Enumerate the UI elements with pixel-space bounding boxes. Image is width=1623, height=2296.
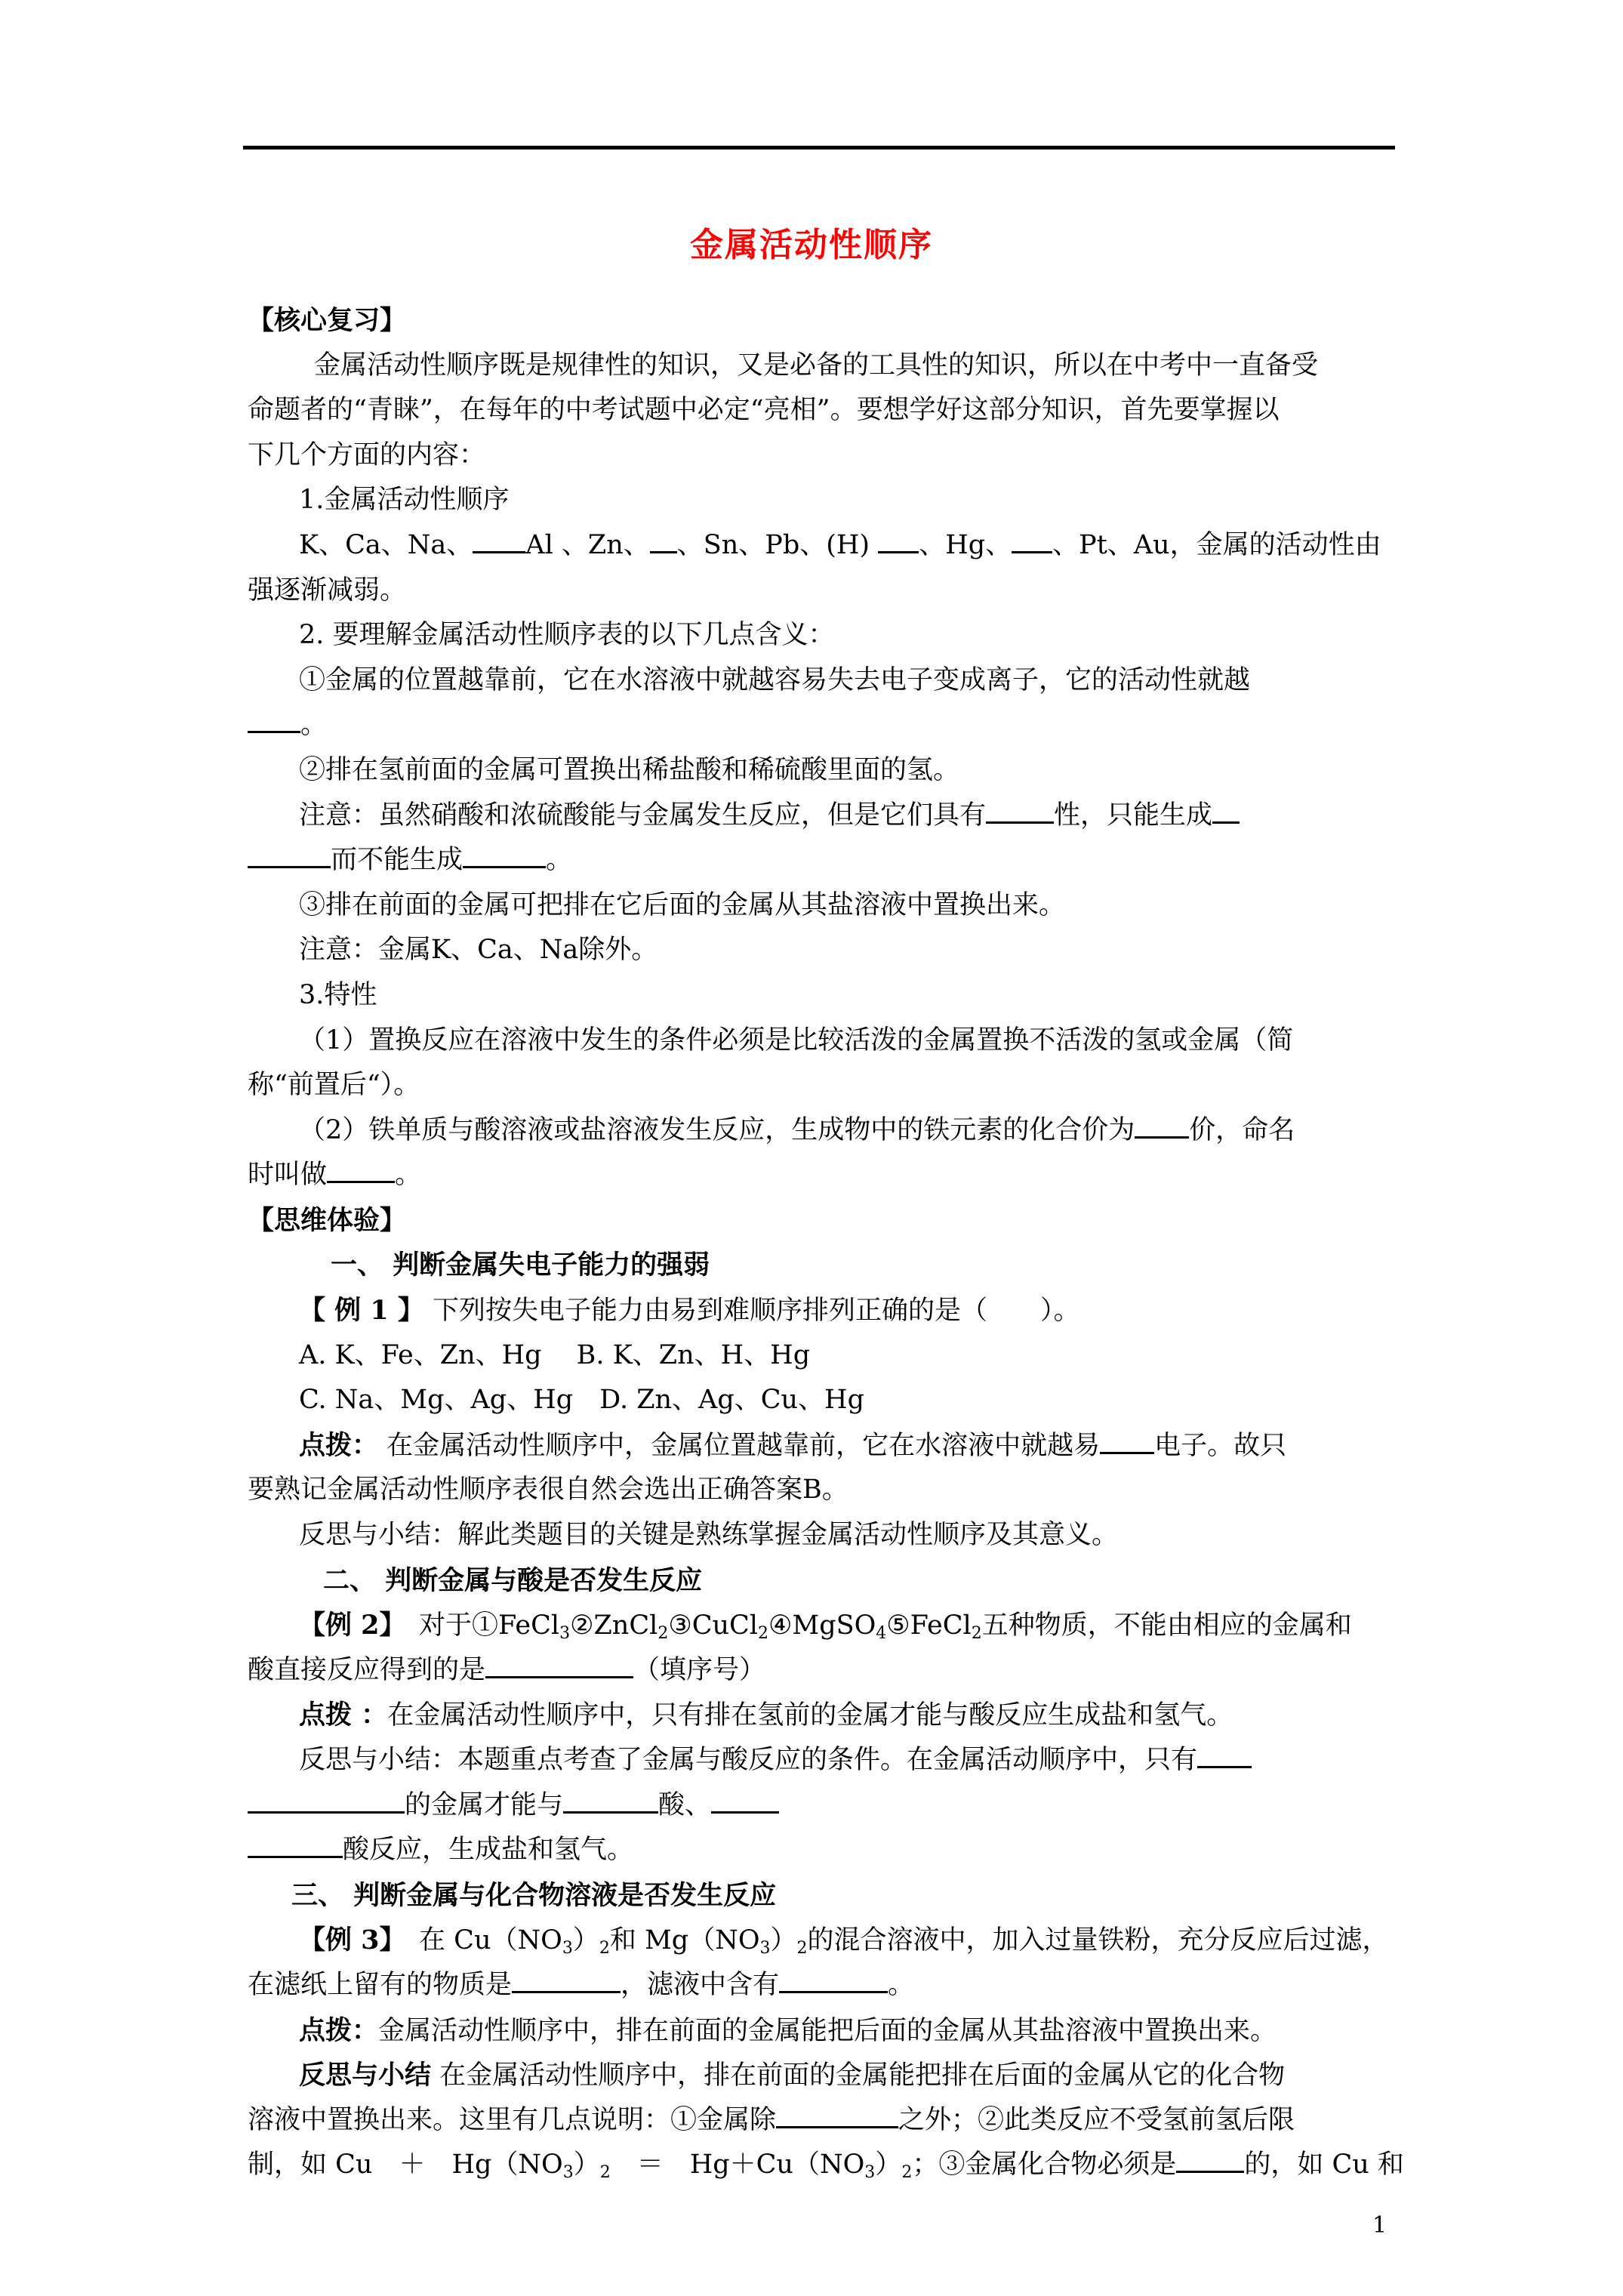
paragraph: 【 例 1 】 下列按失电子能力由易到难顺序排列正确的是（ ）。	[248, 1288, 1397, 1333]
blank	[779, 1968, 888, 1993]
paragraph: 反思与小结 在金属活动性顺序中，排在前面的金属能把排在后面的金属从它的化合物	[248, 2053, 1397, 2098]
text: 在金属活动性顺序中，排在前面的金属能把排在后面的金属从它的化合物	[431, 2060, 1285, 2091]
paragraph: 溶液中置换出来。这里有几点说明：①金属除之外；②此类反应不受氢前氢后限	[248, 2098, 1397, 2143]
paragraph: 下几个方面的内容：	[248, 433, 1397, 479]
subsection-title: 三、 判断金属与化合物溶液是否发生反应	[248, 1873, 1397, 1918]
hint-label: 点拨：	[299, 1430, 378, 1461]
text: 。	[395, 1160, 421, 1190]
paragraph: （2）铁单质与酸溶液或盐溶液发生反应，生成物中的铁元素的化合价为价，命名	[248, 1108, 1397, 1154]
hint-label: 点拨 ：	[299, 1700, 387, 1730]
blank	[327, 1158, 395, 1183]
subscript: 3	[864, 2163, 875, 2182]
blank	[463, 843, 546, 868]
blank	[711, 1789, 779, 1814]
blank	[650, 529, 677, 553]
section-header: 【核心复习】	[248, 298, 1397, 344]
text: 在金属活动性顺序中，金属位置越靠前，它在水溶液中就越易	[378, 1431, 1100, 1461]
paragraph: （1）置换反应在溶液中发生的条件必须是比较活泼的金属置换不活泼的氢或金属（简	[248, 1019, 1397, 1064]
paragraph: 【例 2】 对于①FeCl3②ZnCl2③CuCl2④MgSO4⑤FeCl2五种…	[248, 1603, 1397, 1648]
text: ，滤液中含有	[621, 1970, 779, 2000]
blank	[986, 799, 1054, 824]
text: ③CuCl	[668, 1610, 758, 1641]
text: ）	[875, 2150, 901, 2180]
text: （填序号）	[633, 1655, 765, 1685]
text: 注意：虽然硝酸和浓硫酸能与金属发生反应，但是它们具有	[299, 800, 986, 831]
subscript: 3	[760, 1939, 771, 1958]
subscript: 2	[600, 2163, 611, 2182]
text: ④MgSO	[768, 1610, 876, 1641]
text: 和 Mg（NO	[610, 1925, 760, 1955]
blank	[248, 1789, 405, 1814]
text: 金属活动性顺序中，排在前面的金属能把后面的金属从其盐溶液中置换出来。	[378, 2016, 1277, 2046]
text: （2）铁单质与酸溶液或盐溶液发生反应，生成物中的铁元素的化合价为	[299, 1115, 1135, 1145]
hint-label: 点拨：	[299, 2015, 378, 2046]
text: 的混合溶液中，加入过量铁粉，充分反应后过滤，	[808, 1925, 1389, 1955]
paragraph: 强逐渐减弱。	[248, 569, 1397, 614]
blank	[485, 1653, 633, 1678]
subscript: 3	[563, 2163, 574, 2182]
text: 、Hg、	[919, 530, 1012, 560]
paragraph: 注意：虽然硝酸和浓硫酸能与金属发生反应，但是它们具有性，只能生成	[248, 794, 1397, 839]
subscript: 4	[876, 1624, 886, 1643]
paragraph: 的金属才能与酸、	[248, 1783, 1397, 1829]
page-number: 1	[1372, 2212, 1387, 2239]
reflect-label: 反思与小结	[299, 2060, 431, 2091]
list-item: 2. 要理解金属活动性顺序表的以下几点含义：	[248, 613, 1397, 658]
blank	[1100, 1429, 1154, 1454]
list-item: 3.特性	[248, 973, 1397, 1019]
section-header: 【思维体验】	[248, 1198, 1397, 1244]
subscript: 2	[758, 1624, 768, 1643]
paragraph: 点拨 ：在金属活动性顺序中，只有排在氢前的金属才能与酸反应生成盐和氢气。	[248, 1693, 1397, 1738]
text: 酸反应，生成盐和氢气。	[343, 1835, 633, 1865]
text: 反思与小结：本题重点考查了金属与酸反应的条件。在金属活动顺序中，只有	[299, 1745, 1197, 1775]
subscript: 2	[972, 1624, 982, 1643]
document-body: 【核心复习】 金属活动性顺序既是规律性的知识，又是必备的工具性的知识，所以在中考…	[248, 298, 1397, 2188]
text: 时叫做	[248, 1160, 327, 1190]
paragraph: 时叫做。	[248, 1153, 1397, 1198]
paragraph: 反思与小结：本题重点考查了金属与酸反应的条件。在金属活动顺序中，只有	[248, 1738, 1397, 1783]
subscript: 2	[797, 1939, 808, 1958]
text: ）	[573, 1925, 599, 1955]
text: K、Ca、Na、	[299, 530, 473, 560]
text: 的，如 Cu 和	[1244, 2150, 1404, 2180]
blank	[512, 1968, 621, 1993]
text: 性，只能生成	[1054, 800, 1212, 831]
paragraph: ②排在氢前面的金属可置换出稀盐酸和稀硫酸里面的氢。	[248, 748, 1397, 794]
text: 对于①FeCl	[393, 1610, 559, 1641]
paragraph: 反思与小结：解此类题目的关键是熟练掌握金属活动性顺序及其意义。	[248, 1513, 1397, 1558]
text: 。	[888, 1970, 914, 2000]
text: 、Pt、Au，金属的活动性由	[1052, 530, 1381, 560]
paragraph: ①金属的位置越靠前，它在水溶液中就越容易失去电子变成离子，它的活动性就越	[248, 658, 1397, 704]
text: 在滤纸上留有的物质是	[248, 1970, 512, 2000]
paragraph: 【例 3】 在 Cu（NO3）2和 Mg（NO3）2的混合溶液中，加入过量铁粉，…	[248, 1918, 1397, 1963]
paragraph: 称“前置后“）。	[248, 1063, 1397, 1108]
text: 下列按失电子能力由易到难顺序排列正确的是（ ）。	[424, 1296, 1080, 1326]
text: 之外；②此类反应不受氢前氢后限	[898, 2105, 1295, 2135]
example-label: 【 例 1 】	[299, 1295, 424, 1326]
subscript: 3	[559, 1624, 570, 1643]
text: 的金属才能与	[405, 1790, 563, 1820]
list-item: 1.金属活动性顺序	[248, 478, 1397, 523]
paragraph: 。	[248, 703, 1397, 748]
blank	[1135, 1114, 1189, 1139]
paragraph: 要熟记金属活动性顺序表很自然会选出正确答案B。	[248, 1468, 1397, 1513]
page-title: 金属活动性顺序	[0, 217, 1623, 266]
paragraph: 注意：金属K、Ca、Na除外。	[248, 928, 1397, 973]
blank	[563, 1789, 658, 1814]
text: 。	[546, 845, 572, 875]
subscript: 2	[599, 1939, 610, 1958]
text: 酸、	[658, 1790, 711, 1820]
paragraph: 点拨：金属活动性顺序中，排在前面的金属能把后面的金属从其盐溶液中置换出来。	[248, 2008, 1397, 2054]
paragraph: 在滤纸上留有的物质是，滤液中含有。	[248, 1963, 1397, 2008]
text: Al 、Zn、	[525, 530, 649, 560]
blank	[248, 708, 300, 733]
text: ⑤FeCl	[886, 1610, 971, 1641]
blank	[1212, 799, 1240, 824]
text: ②ZnCl	[570, 1610, 658, 1641]
paragraph: 金属活动性顺序既是规律性的知识，又是必备的工具性的知识，所以在中考中一直备受	[248, 344, 1397, 389]
blank	[248, 1833, 343, 1858]
text: 在金属活动性顺序中，只有排在氢前的金属才能与酸反应生成盐和氢气。	[387, 1700, 1233, 1730]
paragraph: 点拨： 在金属活动性顺序中，金属位置越靠前，它在水溶液中就越易电子。故只	[248, 1423, 1397, 1469]
blank	[473, 529, 525, 553]
text: 溶液中置换出来。这里有几点说明：①金属除	[248, 2105, 776, 2135]
text: 制，如 Cu ＋ Hg（NO	[248, 2150, 563, 2180]
text: 而不能生成	[331, 845, 463, 875]
blank	[1197, 1743, 1252, 1768]
subsection-title: 一、 判断金属失电子能力的强弱	[248, 1243, 1397, 1288]
header-rule	[243, 146, 1395, 149]
text: ）	[771, 1925, 797, 1955]
text: ＝ Hg＋Cu（NO	[611, 2150, 865, 2180]
paragraph: 命题者的“青睐”，在每年的中考试题中必定“亮相”。要想学好这部分知识，首先要掌握…	[248, 388, 1397, 433]
text: ；③金属化合物必须是	[912, 2150, 1176, 2180]
subsection-title: 二、 判断金属与酸是否发生反应	[248, 1558, 1397, 1604]
text: 。	[300, 710, 327, 740]
option-row: C. Na、Mg、Ag、Hg D. Zn、Ag、Cu、Hg	[248, 1378, 1397, 1423]
text: 电子。故只	[1154, 1431, 1286, 1461]
option-row: A. K、Fe、Zn、Hg B. K、Zn、H、Hg	[248, 1333, 1397, 1379]
paragraph: ③排在前面的金属可把排在它后面的金属从其盐溶液中置换出来。	[248, 883, 1397, 929]
blank	[1012, 529, 1052, 553]
text: ）	[574, 2150, 600, 2180]
blank	[878, 529, 919, 553]
text: 酸直接反应得到的是	[248, 1655, 485, 1685]
subscript: 2	[901, 2163, 912, 2182]
paragraph: 而不能生成。	[248, 838, 1397, 883]
paragraph: K、Ca、Na、Al 、Zn、、Sn、Pb、(H) 、Hg、、Pt、Au，金属的…	[248, 523, 1397, 569]
subscript: 3	[562, 1939, 573, 1958]
text: 在 Cu（NO	[393, 1925, 562, 1955]
example-label: 【例 2】	[299, 1610, 393, 1641]
paragraph: 酸直接反应得到的是（填序号）	[248, 1648, 1397, 1693]
paragraph: 制，如 Cu ＋ Hg（NO3）2 ＝ Hg＋Cu（NO3）2；③金属化合物必须…	[248, 2143, 1397, 2188]
text: 五种物质，不能由相应的金属和	[982, 1610, 1352, 1641]
text: 、Sn、Pb、(H)	[677, 530, 878, 560]
blank	[248, 843, 331, 868]
subscript: 2	[658, 1624, 668, 1643]
blank	[776, 2103, 898, 2128]
example-label: 【例 3】	[299, 1925, 393, 1955]
text: 价，命名	[1189, 1115, 1295, 1145]
paragraph: 酸反应，生成盐和氢气。	[248, 1828, 1397, 1873]
blank	[1176, 2148, 1244, 2173]
